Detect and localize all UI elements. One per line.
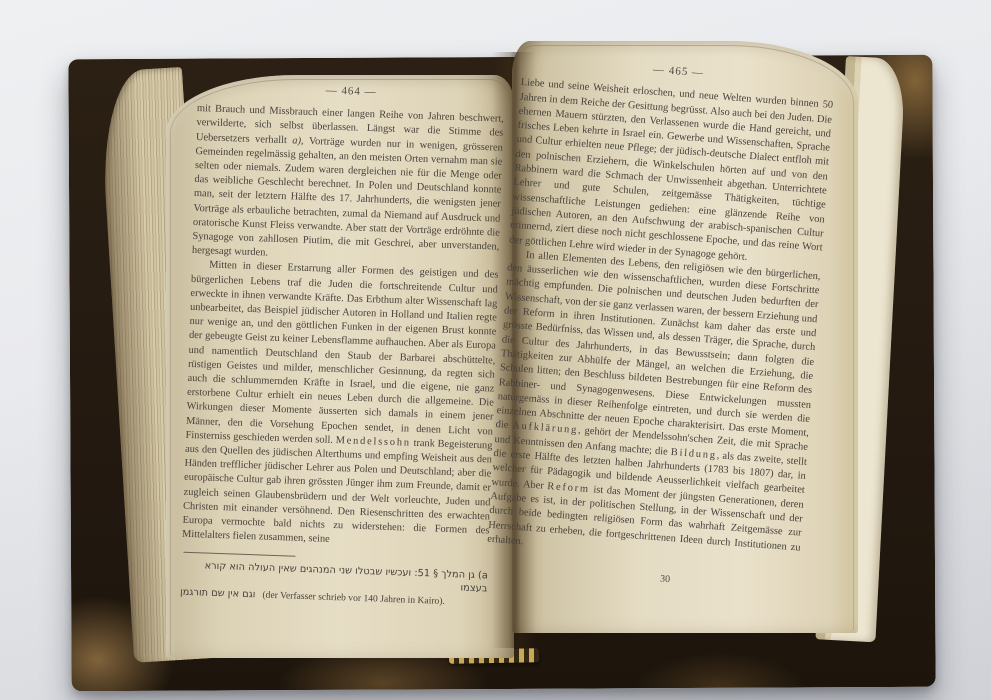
paragraph: In allen Elementen des Lebens, den relig… <box>487 247 821 569</box>
left-text-block: mit Brauch und Missbrauch einer langen R… <box>182 102 504 553</box>
right-page-text: — 465 — Liebe und seine Weisheit erlosch… <box>485 53 835 597</box>
book-photo-scene: — 464 — mit Brauch und Missbrauch einer … <box>0 0 991 700</box>
text-run: Aufklärung <box>512 421 579 437</box>
text-run: Mendelssohn <box>335 435 411 449</box>
text-run: Bildung <box>670 447 717 461</box>
text-run: ist das Moment der jüngsten Generationen… <box>487 484 804 553</box>
text-run: Mitten in dieser Erstarrung aller Formen… <box>185 260 498 446</box>
text-run: , Vorträge wurden nur in wenigen, grösse… <box>192 135 503 259</box>
footnote-separator <box>183 551 295 556</box>
text-run: Liebe und seine Weisheit erloschen, und … <box>509 77 833 262</box>
text-run: In allen Elementen des Lebens, den relig… <box>495 250 821 439</box>
paragraph: Mitten in dieser Erstarrung aller Formen… <box>182 258 499 553</box>
text-run: Reform <box>547 481 590 495</box>
footnote-hebrew-continuation: וגם אין שם תורגמן <box>180 585 256 601</box>
paragraph: mit Brauch und Missbrauch einer langen R… <box>192 102 504 269</box>
left-page-text: — 464 — mit Brauch und Missbrauch einer … <box>180 79 505 610</box>
right-text-block: Liebe und seine Weisheit erloschen, und … <box>487 76 834 569</box>
text-run: trank Begeisterung aus den Quellen des j… <box>182 438 493 546</box>
paragraph: Liebe und seine Weisheit erloschen, und … <box>509 76 834 270</box>
